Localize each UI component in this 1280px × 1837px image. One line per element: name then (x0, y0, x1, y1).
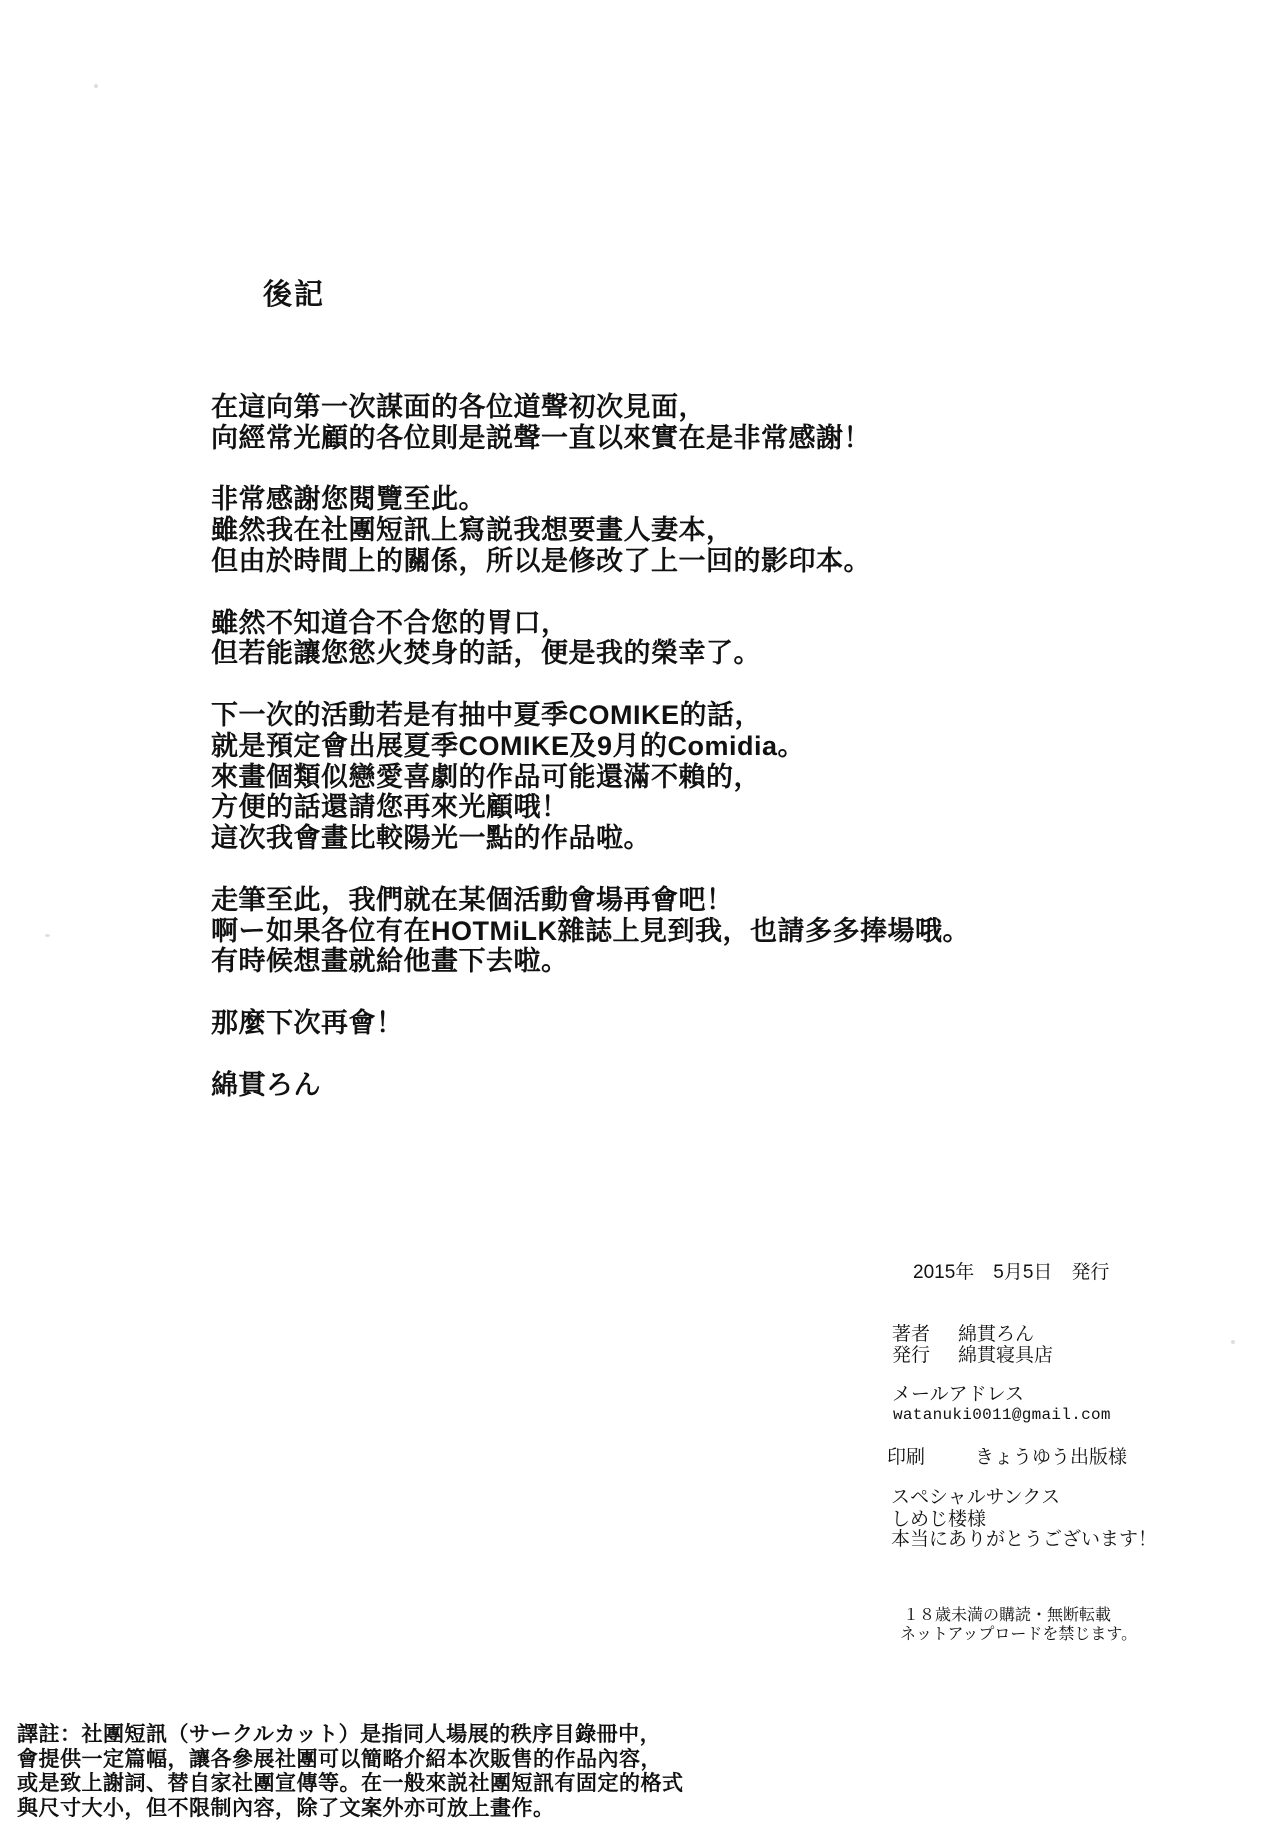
text-line: 在這向第一次謀面的各位道聲初次見面， (211, 392, 971, 423)
special-thanks-name: しめじ楼様 (891, 1510, 986, 1531)
printer-row: 印刷 きょうゆう出版様 (887, 1448, 1127, 1469)
footnote-line: 或是致上謝詞、替自家社團宣傳等。在一般來説社團短訊有固定的格式 (17, 1772, 684, 1797)
page-title: 後記 (263, 281, 325, 310)
footnote-line: 會提供一定篇幅，讓各參展社團可以簡略介紹本次販售的作品內容， (17, 1748, 684, 1773)
publisher-row: 発行 綿貫寝具店 (892, 1346, 1053, 1367)
text-line: 向經常光顧的各位則是説聲一直以來實在是非常感謝！ (211, 423, 971, 454)
paragraph-closing: 走筆至此，我們就在某個活動會場再會吧！ 啊ー如果各位有在HOTMiLK雜誌上見到… (211, 885, 971, 977)
email-address: watanuki0011@gmail.com (893, 1407, 1111, 1425)
text-line: 方便的話還請您再來光顧哦！ (211, 792, 971, 823)
paragraph-hope: 雖然不知道合不合您的胃口， 但若能讓您慾火焚身的話，便是我的榮幸了。 (211, 608, 971, 670)
text-line: 雖然我在社團短訊上寫説我想要畫人妻本， (211, 515, 971, 546)
paragraph-greeting: 在這向第一次謀面的各位道聲初次見面， 向經常光顧的各位則是説聲一直以來實在是非常… (211, 392, 971, 454)
text-line: 但若能讓您慾火焚身的話，便是我的榮幸了。 (211, 638, 971, 669)
publisher-name: 綿貫寝具店 (958, 1346, 1053, 1367)
email-label: メールアドレス (892, 1385, 1024, 1406)
printer-label: 印刷 (887, 1448, 975, 1469)
scan-speck (1231, 1340, 1235, 1344)
author-name: 綿貫ろん (958, 1325, 1034, 1346)
afterword-page: 後記 在這向第一次謀面的各位道聲初次見面， 向經常光顧的各位則是説聲一直以來實在… (0, 0, 1280, 1837)
text-line: 這次我會畫比較陽光一點的作品啦。 (211, 823, 971, 854)
paragraph-signature: 綿貫ろん (211, 1070, 971, 1101)
upload-prohibition-notice: ネットアップロードを禁じます。 (900, 1626, 1137, 1644)
printer-name: きょうゆう出版様 (975, 1448, 1127, 1469)
text-line: 但由於時間上的關係，所以是修改了上一回的影印本。 (211, 546, 971, 577)
text-line: 下一次的活動若是有抽中夏季COMIKE的話， (211, 700, 971, 731)
translator-footnote: 譯註：社團短訊（サークルカット）是指同人場展的秩序目錄冊中， 會提供一定篇幅，讓… (17, 1723, 684, 1821)
text-line: 有時候想畫就給他畫下去啦。 (211, 946, 971, 977)
text-line: 走筆至此，我們就在某個活動會場再會吧！ (211, 885, 971, 916)
publication-date: 2015年 5月5日 発行 (913, 1263, 1109, 1284)
author-label: 著者 (892, 1325, 958, 1346)
paragraph-next-event: 下一次的活動若是有抽中夏季COMIKE的話， 就是預定會出展夏季COMIKE及9… (211, 700, 971, 854)
paragraph-farewell: 那麼下次再會！ (211, 1008, 971, 1039)
author-signature: 綿貫ろん (211, 1070, 971, 1101)
text-line: 非常感謝您閱覽至此。 (211, 484, 971, 515)
scan-speck (94, 84, 98, 88)
footnote-line: 譯註：社團短訊（サークルカット）是指同人場展的秩序目錄冊中， (17, 1723, 684, 1748)
afterword-text: 在這向第一次謀面的各位道聲初次見面， 向經常光顧的各位則是説聲一直以來實在是非常… (211, 392, 971, 1131)
author-row: 著者 綿貫ろん (892, 1325, 1034, 1346)
age-restriction-notice: １８歳未満の購読・無断転載 (903, 1607, 1111, 1625)
special-thanks-label: スペシャルサンクス (891, 1488, 1060, 1509)
text-line: 來畫個類似戀愛喜劇的作品可能還滿不賴的， (211, 762, 971, 793)
paragraph-thanks: 非常感謝您閱覽至此。 雖然我在社團短訊上寫説我想要畫人妻本， 但由於時間上的關係… (211, 484, 971, 576)
text-line: 雖然不知道合不合您的胃口， (211, 608, 971, 639)
footnote-line: 與尺寸大小，但不限制內容，除了文案外亦可放上畫作。 (17, 1797, 684, 1822)
scan-speck (45, 934, 50, 937)
text-line: 那麼下次再會！ (211, 1008, 971, 1039)
publisher-label: 発行 (892, 1346, 958, 1367)
text-line: 就是預定會出展夏季COMIKE及9月的Comidia。 (211, 731, 971, 762)
text-line: 啊ー如果各位有在HOTMiLK雜誌上見到我，也請多多捧場哦。 (211, 916, 971, 947)
special-thanks-message: 本当にありがとうございます！ (891, 1530, 1157, 1551)
